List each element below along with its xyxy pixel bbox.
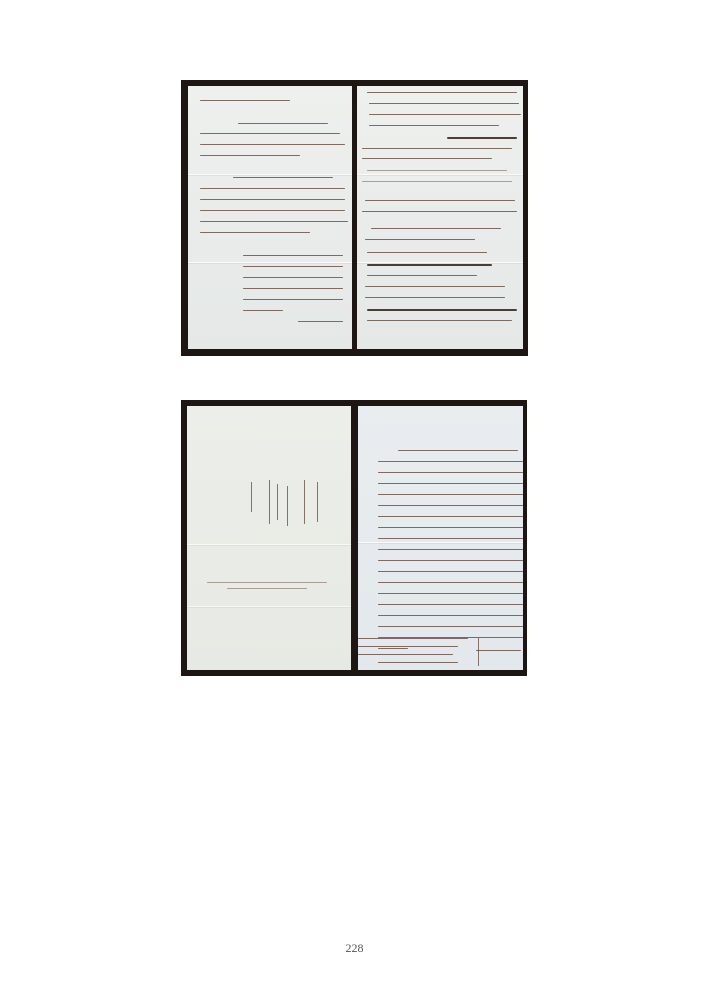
bracket-mark	[478, 638, 479, 666]
handwriting-line	[378, 538, 523, 539]
handwriting-line	[378, 549, 523, 550]
handwriting-line	[200, 188, 345, 189]
handwriting-line	[233, 177, 333, 178]
handwriting-line	[367, 309, 517, 311]
page-number: 228	[0, 941, 709, 956]
handwriting-line	[369, 114, 521, 115]
handwriting-line	[378, 648, 408, 649]
handwriting-line	[200, 232, 310, 233]
handwriting-line	[365, 239, 475, 240]
handwriting-line	[369, 103, 519, 104]
handwriting-line	[367, 320, 512, 321]
handwriting-line	[269, 480, 270, 524]
handwriting-line	[365, 286, 505, 287]
handwriting-line	[358, 654, 453, 655]
handwriting-line	[378, 494, 523, 495]
manuscript-photo-1	[181, 80, 528, 356]
handwriting-line	[243, 288, 343, 289]
handwriting-line	[362, 181, 512, 182]
handwriting-line	[371, 228, 501, 229]
handwriting-line	[200, 100, 290, 101]
handwriting-line	[398, 450, 518, 451]
handwriting-line	[251, 482, 252, 512]
handwriting-line	[362, 148, 512, 149]
handwriting-line	[365, 200, 515, 201]
handwriting-line	[317, 482, 318, 522]
handwriting-line	[367, 92, 517, 93]
handwriting-line	[378, 483, 523, 484]
manuscript-2-right-leaf	[358, 406, 523, 670]
handwriting-line	[200, 199, 345, 200]
handwriting-line	[367, 275, 477, 276]
handwriting-line	[367, 252, 487, 253]
handwriting-line	[367, 264, 492, 266]
handwriting-line	[378, 615, 523, 616]
manuscript-1-right-leaf	[357, 86, 523, 349]
manuscript-photo-2	[181, 400, 527, 676]
handwriting-line	[200, 144, 345, 145]
handwriting-line	[447, 137, 517, 139]
handwriting-line	[378, 516, 523, 517]
handwriting-line	[200, 155, 300, 156]
handwriting-line	[238, 123, 328, 124]
paper-fold	[188, 174, 352, 175]
paper-fold	[187, 544, 351, 545]
handwriting-line	[243, 266, 343, 267]
handwriting-line	[378, 662, 458, 663]
handwriting-line	[298, 321, 343, 322]
handwriting-line	[378, 560, 523, 561]
handwriting-line	[358, 646, 458, 647]
handwriting-line	[369, 125, 499, 126]
handwriting-line	[378, 472, 523, 473]
handwriting-line	[287, 486, 288, 526]
paper-fold	[357, 174, 523, 175]
handwriting-line	[358, 638, 468, 639]
handwriting-line	[378, 571, 523, 572]
handwriting-line	[378, 527, 523, 528]
handwriting-line	[378, 604, 523, 605]
handwriting-line	[200, 133, 340, 134]
paper-fold	[188, 262, 352, 263]
handwriting-line	[243, 310, 283, 311]
paper-fold	[357, 262, 523, 263]
handwriting-line	[200, 210, 345, 211]
handwriting-line	[207, 582, 327, 583]
handwriting-line	[378, 505, 523, 506]
handwriting-line	[277, 484, 278, 520]
handwriting-line	[367, 170, 507, 171]
handwriting-line	[476, 650, 521, 651]
handwriting-line	[362, 211, 517, 212]
handwriting-line	[378, 582, 523, 583]
handwriting-line	[304, 480, 305, 524]
handwriting-line	[243, 277, 343, 278]
handwriting-line	[243, 299, 343, 300]
paper-fold	[358, 542, 523, 543]
handwriting-line	[378, 593, 523, 594]
manuscript-1-left-leaf	[188, 86, 352, 349]
handwriting-line	[200, 221, 348, 222]
paper-fold	[187, 606, 351, 607]
handwriting-line	[227, 588, 307, 589]
handwriting-line	[243, 255, 343, 256]
handwriting-line	[365, 297, 505, 298]
manuscript-2-left-leaf	[187, 406, 351, 670]
handwriting-line	[362, 158, 492, 159]
handwriting-line	[378, 461, 523, 462]
handwriting-line	[378, 626, 523, 627]
